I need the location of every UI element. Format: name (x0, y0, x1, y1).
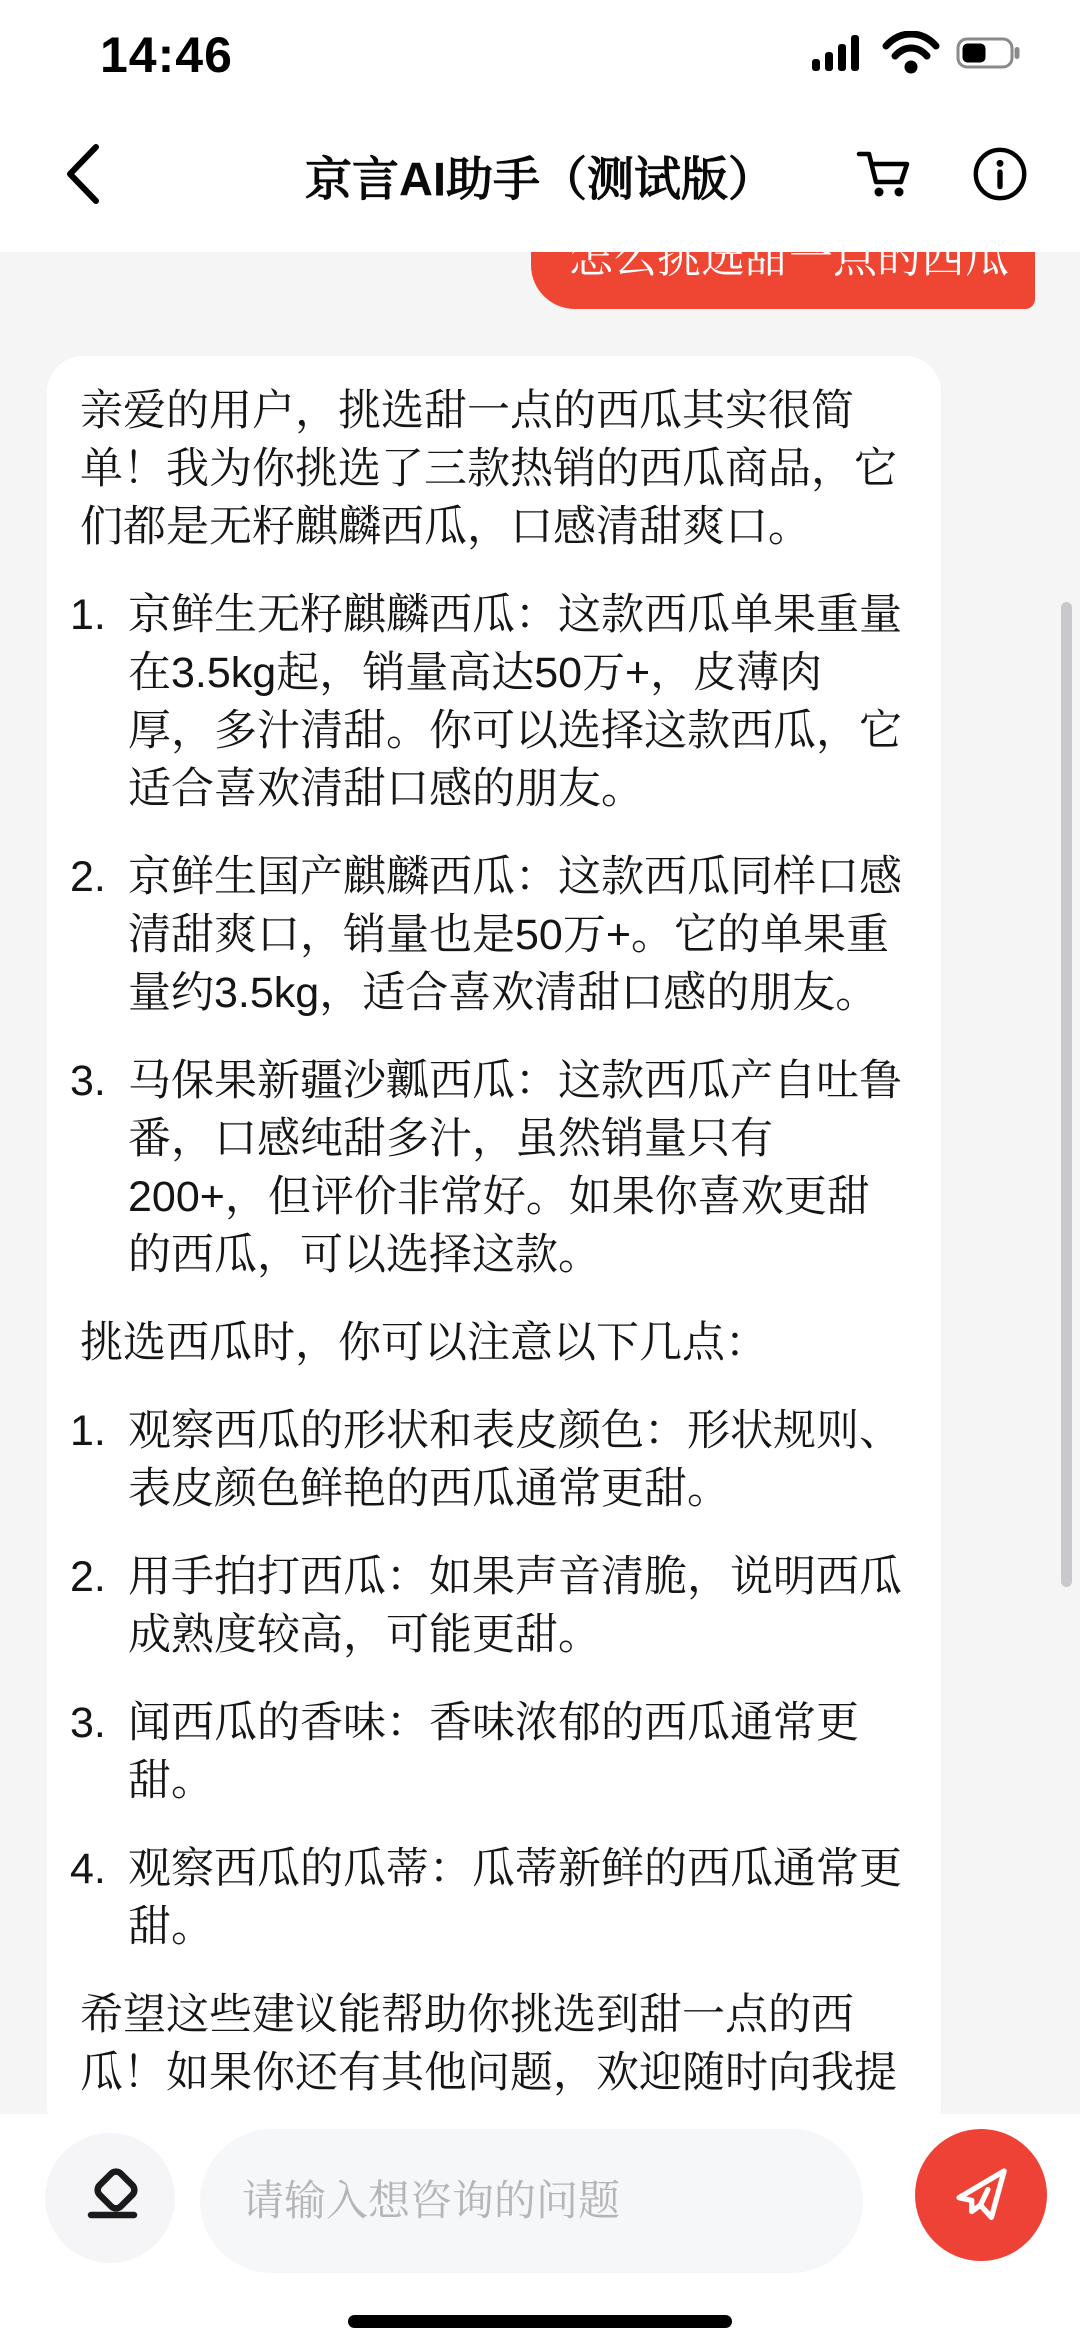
assistant-closing: 希望这些建议能帮助你挑选到甜一点的西瓜！如果你还有其他问题，欢迎随时向我提 (80, 1986, 905, 2102)
scrollbar[interactable] (1061, 602, 1072, 1587)
product-list-item: 3. 马保果新疆沙瓤西瓜：这款西瓜产自吐鲁番，口感纯甜多汁，虽然销量只有200+… (70, 1052, 905, 1284)
info-circle-icon (969, 143, 1031, 210)
send-button[interactable] (915, 2129, 1047, 2261)
tips-intro: 挑选西瓜时，你可以注意以下几点： (80, 1314, 905, 1372)
assistant-message-bubble: 亲爱的用户，挑选甜一点的西瓜其实很简单！我为你挑选了三款热销的西瓜商品，它们都是… (47, 356, 941, 2114)
status-bar: 14:46 (0, 0, 1080, 100)
tip-list-item: 2. 用手拍打西瓜：如果声音清脆，说明西瓜成熟度较高，可能更甜。 (70, 1548, 905, 1664)
message-input[interactable] (240, 2176, 823, 2226)
eraser-icon (71, 2157, 149, 2240)
paper-plane-icon (944, 2156, 1018, 2235)
chevron-left-icon (62, 141, 106, 212)
input-bar (0, 2114, 1080, 2337)
shopping-cart-icon (852, 142, 916, 211)
user-message-bubble: 怎么挑选甜一点的西瓜 (531, 252, 1035, 309)
cart-button[interactable] (852, 144, 916, 208)
status-icons (810, 31, 1022, 80)
home-indicator[interactable] (348, 2315, 732, 2328)
battery-icon (956, 37, 1022, 74)
tip-list-item: 3. 闻西瓜的香味：香味浓郁的西瓜通常更甜。 (70, 1694, 905, 1810)
page-title: 京言AI助手（测试版） (305, 143, 775, 210)
nav-bar: 京言AI助手（测试版） (0, 100, 1080, 252)
cellular-signal-icon (810, 33, 866, 78)
wifi-icon (882, 31, 940, 80)
tip-list-item: 1. 观察西瓜的形状和表皮颜色：形状规则、表皮颜色鲜艳的西瓜通常更甜。 (70, 1402, 905, 1518)
info-button[interactable] (968, 144, 1032, 208)
assistant-intro: 亲爱的用户，挑选甜一点的西瓜其实很简单！我为你挑选了三款热销的西瓜商品，它们都是… (80, 382, 905, 556)
product-list-item: 1. 京鲜生无籽麒麟西瓜：这款西瓜单果重量在3.5kg起，销量高达50万+，皮薄… (70, 586, 905, 818)
phone-screen: 14:46 (0, 0, 1080, 2337)
message-input-pill (200, 2129, 863, 2273)
back-button[interactable] (62, 141, 122, 211)
tip-list-item: 4. 观察西瓜的瓜蒂：瓜蒂新鲜的西瓜通常更甜。 (70, 1840, 905, 1956)
nav-actions (852, 144, 1032, 208)
clock: 14:46 (100, 26, 233, 84)
product-list-item: 2. 京鲜生国产麒麟西瓜：这款西瓜同样口感清甜爽口，销量也是50万+。它的单果重… (70, 848, 905, 1022)
chat-area[interactable]: 怎么挑选甜一点的西瓜 亲爱的用户，挑选甜一点的西瓜其实很简单！我为你挑选了三款热… (0, 252, 1080, 2114)
clear-chat-button[interactable] (45, 2133, 175, 2263)
